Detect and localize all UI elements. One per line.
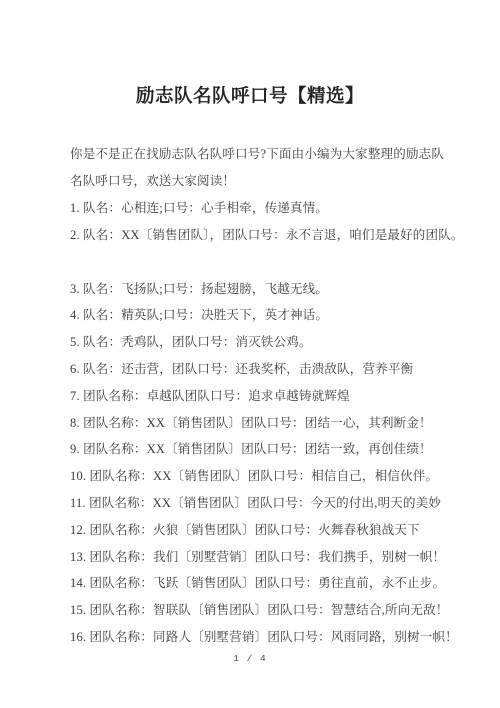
list-item: 10. 团队名称：XX〔销售团队〕团队口号：相信自己，相信伙伴。 <box>0 463 500 490</box>
list-item: 12. 团队名称：火狼〔销售团队〕团队口号：火舞春秋狼战天下 <box>0 517 500 544</box>
intro-text-line: 名队呼口号，欢送大家阅读！ <box>0 168 500 195</box>
list-item: 7. 团队名称：卓越队团队口号：追求卓越铸就辉煌 <box>0 383 500 410</box>
list-item: 11. 团队名称：XX〔销售团队〕团队口号：今天的付出,明天的美妙 <box>0 490 500 517</box>
list-item: 16. 团队名称：同路人〔别墅营销〕团队口号：风雨同路，别树一帜！ <box>0 624 500 651</box>
list-item: 8. 团队名称：XX〔销售团队〕团队口号：团结一心，其利断金！ <box>0 410 500 437</box>
list-item: 15. 团队名称：智联队〔销售团队〕团队口号：智慧结合,所向无敌！ <box>0 597 500 624</box>
slogan-list: 1. 队名：心相连;口号：心手相牵，传递真情。 2. 队名：XX〔销售团队〕，团… <box>0 195 500 651</box>
page-title: 励志队名队呼口号【精选】 <box>0 0 500 108</box>
intro-text-line: 你是不是正在找励志队名队呼口号?下面由小编为大家整理的励志队 <box>0 141 500 168</box>
document-page: 励志队名队呼口号【精选】 你是不是正在找励志队名队呼口号?下面由小编为大家整理的… <box>0 0 500 708</box>
list-item: 5. 队名：秃鸡队，团队口号：消灭铁公鸡。 <box>0 329 500 356</box>
list-item: 1. 队名：心相连;口号：心手相牵，传递真情。 <box>0 195 500 222</box>
page-number: 1 / 4 <box>0 653 500 665</box>
list-item: 14. 团队名称：飞跃〔销售团队〕团队口号：勇往直前，永不止步。 <box>0 570 500 597</box>
intro-paragraph: 你是不是正在找励志队名队呼口号?下面由小编为大家整理的励志队 名队呼口号，欢送大… <box>0 141 500 195</box>
list-item: 6. 队名：还击营，团队口号：还我奖杯，击溃敌队，营养平衡 <box>0 356 500 383</box>
list-item: 9. 团队名称：XX〔销售团队〕团队口号：团结一致，再创佳绩！ <box>0 436 500 463</box>
list-item: 2. 队名：XX〔销售团队〕，团队口号：永不言退，咱们是最好的团队。 <box>0 222 500 249</box>
list-item: 4. 队名：精英队;口号：决胜天下，英才神话。 <box>0 302 500 329</box>
list-item: 13. 团队名称：我们〔别墅营销〕团队口号：我们携手，别树一帜！ <box>0 544 500 571</box>
list-item: 3. 队名：飞扬队;口号：扬起翅膀，飞越无线。 <box>0 276 500 303</box>
